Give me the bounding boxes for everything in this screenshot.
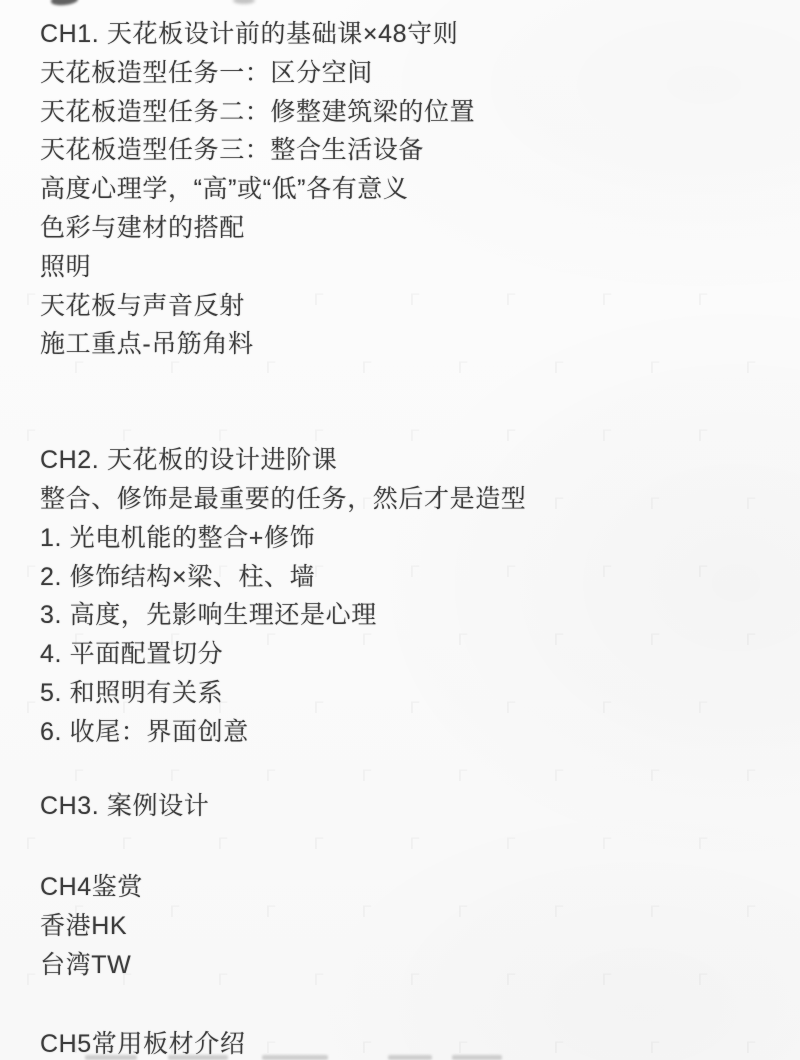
toc-section-ch3: CH3. 案例设计	[40, 787, 770, 826]
toc-line: 4. 平面配置切分	[40, 635, 770, 674]
toc-line: 3. 高度，先影响生理还是心理	[40, 596, 770, 635]
cropped-top-line-fragment	[51, 0, 79, 6]
toc-line: 高度心理学，“高”或“低”各有意义	[40, 170, 770, 209]
toc-line: 整合、修饰是最重要的任务，然后才是造型	[40, 480, 770, 519]
toc-line: 香港HK	[40, 907, 770, 946]
watermark-glyph: Γ	[26, 290, 36, 310]
toc-line: 6. 收尾：界面创意	[40, 713, 770, 752]
cropped-bottom-line-fragment	[168, 1055, 228, 1060]
cropped-bottom-line-fragment	[262, 1055, 328, 1060]
toc-line: 2. 修饰结构×梁、柱、墙	[40, 558, 770, 597]
cropped-bottom-line-fragment	[85, 1055, 137, 1060]
watermark-glyph: Γ	[26, 698, 36, 718]
toc-line: 天花板造型任务三：整合生活设备	[40, 131, 770, 170]
cropped-top-line-fragment-faint	[233, 0, 255, 4]
watermark-glyph: Γ	[26, 970, 36, 990]
watermark-glyph: Γ	[26, 562, 36, 582]
toc-line: 台湾TW	[40, 946, 770, 985]
document-page: ΓΓΓΓΓΓΓΓΓΓΓΓΓΓΓΓΓΓΓΓΓΓΓΓΓΓΓΓΓΓΓΓΓΓΓΓΓΓΓΓ…	[0, 0, 800, 1060]
watermark-glyph: Γ	[26, 426, 36, 446]
toc-line: 色彩与建材的搭配	[40, 209, 770, 248]
toc-line: 照明	[40, 248, 770, 287]
toc-line: 天花板造型任务一：区分空间	[40, 54, 770, 93]
table-of-contents: CH1. 天花板设计前的基础课×48守则天花板造型任务一：区分空间天花板造型任务…	[40, 15, 770, 1060]
toc-section-ch4: CH4鉴赏香港HK台湾TW	[40, 868, 770, 984]
toc-line: 5. 和照明有关系	[40, 674, 770, 713]
toc-section-ch1: CH1. 天花板设计前的基础课×48守则天花板造型任务一：区分空间天花板造型任务…	[40, 15, 770, 364]
toc-line: 1. 光电机能的整合+修饰	[40, 519, 770, 558]
toc-line: CH3. 案例设计	[40, 787, 770, 826]
toc-line: 施工重点-吊筋角料	[40, 325, 770, 364]
toc-line: 天花板与声音反射	[40, 287, 770, 326]
watermark-glyph: Γ	[26, 834, 36, 854]
toc-section-ch2: CH2. 天花板的设计进阶课整合、修饰是最重要的任务，然后才是造型1. 光电机能…	[40, 441, 770, 751]
toc-line: 天花板造型任务二：修整建筑梁的位置	[40, 93, 770, 132]
cropped-bottom-line-fragment	[388, 1055, 432, 1060]
toc-line: CH1. 天花板设计前的基础课×48守则	[40, 15, 770, 54]
cropped-bottom-line-fragment	[452, 1055, 502, 1060]
toc-line: CH4鉴赏	[40, 868, 770, 907]
toc-line: CH2. 天花板的设计进阶课	[40, 441, 770, 480]
